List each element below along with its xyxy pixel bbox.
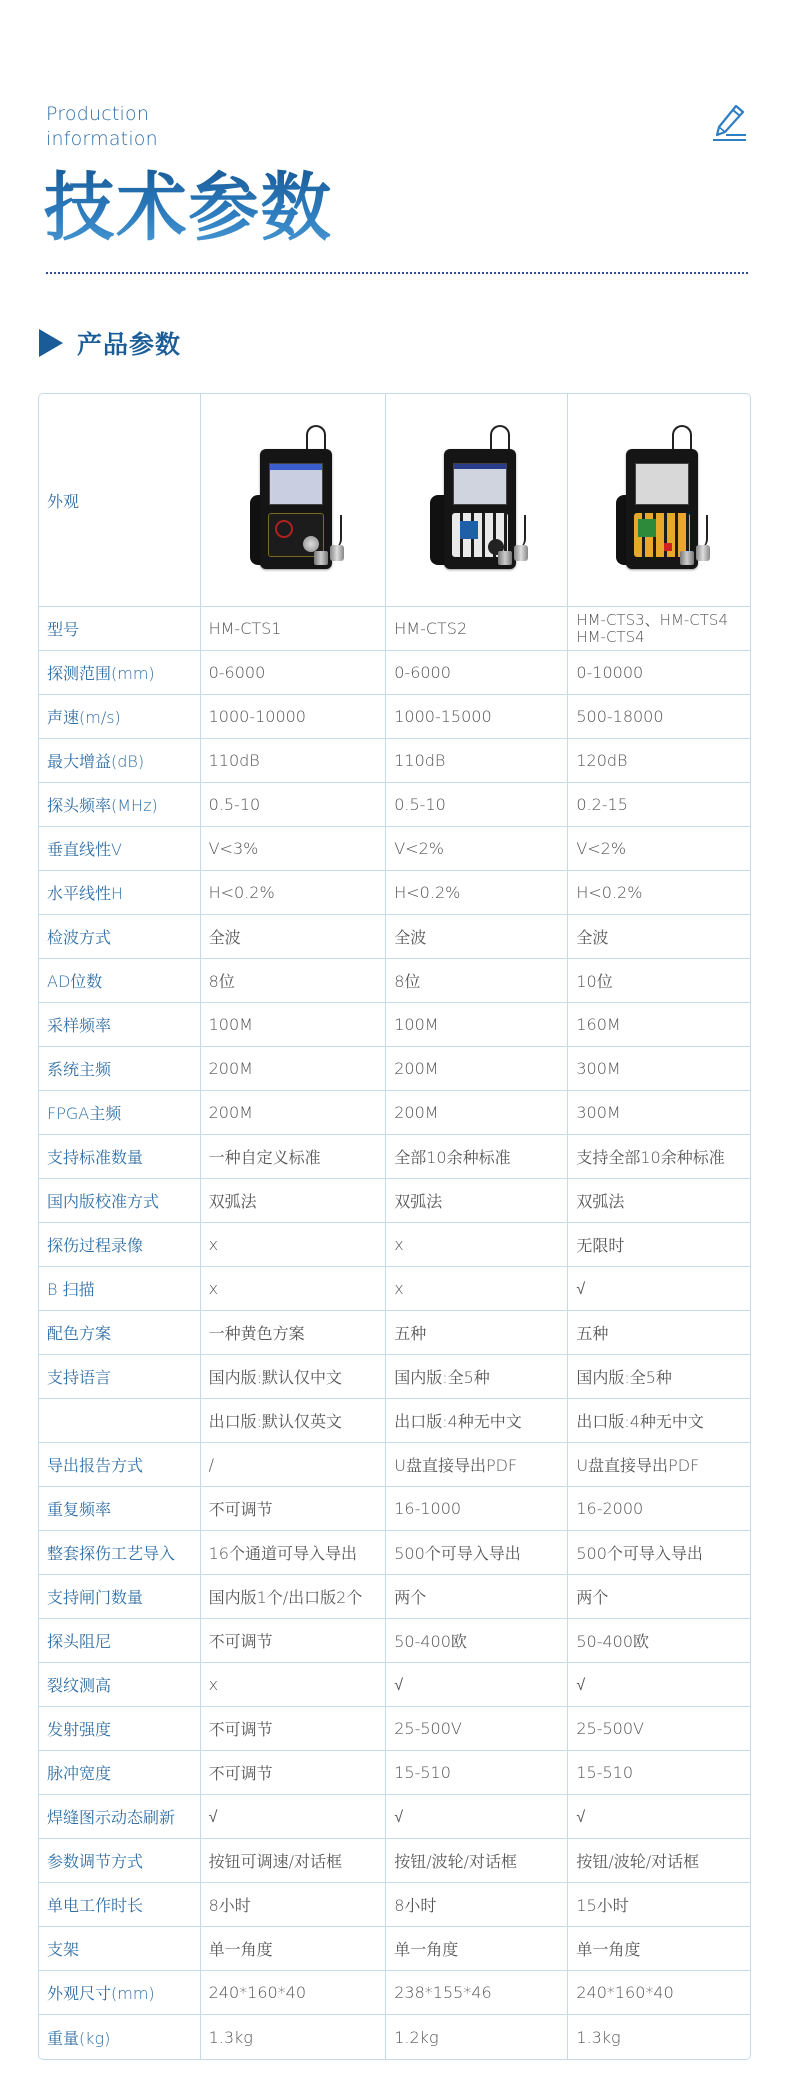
cell-value: x — [201, 1223, 387, 1267]
cell-value: 15-510 — [568, 1751, 750, 1795]
row-label: 外观尺寸(mm) — [39, 1971, 201, 2015]
cell-value: 单一角度 — [568, 1927, 750, 1971]
cell-value: 国内版:默认仅中文 — [201, 1355, 387, 1399]
row-label: 声速(m/s) — [39, 695, 201, 739]
cell-value: 16-2000 — [568, 1487, 750, 1531]
cell-value: 8位 — [386, 959, 568, 1003]
cell-value: 一种黄色方案 — [201, 1311, 387, 1355]
cell-value: 国内版:全5种 — [386, 1355, 568, 1399]
table-row-appearance: 外观 — [39, 394, 750, 607]
table-row: AD位数8位8位10位 — [39, 959, 750, 1003]
cell-value: 0-10000 — [568, 651, 750, 695]
spec-table: 外观 — [38, 393, 751, 2060]
section-heading: 产品参数 — [39, 328, 181, 358]
cell-value: 238*155*46 — [386, 1971, 568, 2015]
table-row: 发射强度不可调节25-500V25-500V — [39, 1707, 750, 1751]
cell-value: 出口版:4种无中文 — [386, 1399, 568, 1443]
dotted-divider — [46, 272, 748, 274]
cell-value: V<2% — [568, 827, 750, 871]
cell-value: √ — [386, 1663, 568, 1707]
table-row: 探伤过程录像xx无限时 — [39, 1223, 750, 1267]
row-label: 焊缝图示动态刷新 — [39, 1795, 201, 1839]
cell-value: 双弧法 — [568, 1179, 750, 1223]
row-label: 探测范围(mm) — [39, 651, 201, 695]
table-row: 单电工作时长8小时8小时15小时 — [39, 1883, 750, 1927]
row-label: 脉冲宽度 — [39, 1751, 201, 1795]
row-label: 系统主频 — [39, 1047, 201, 1091]
section-subtitle: Production information — [46, 102, 158, 152]
cell-value: HM-CTS2 — [386, 607, 568, 651]
cell-value: H<0.2% — [201, 871, 387, 915]
cell-value: 1000-10000 — [201, 695, 387, 739]
table-row: FPGA主频200M200M300M — [39, 1091, 750, 1135]
cell-value: / — [201, 1443, 387, 1487]
cell-value: √ — [201, 1795, 387, 1839]
table-row: 支架单一角度单一角度单一角度 — [39, 1927, 750, 1971]
cell-value: H<0.2% — [568, 871, 750, 915]
table-row: 系统主频200M200M300M — [39, 1047, 750, 1091]
cell-value: 全波 — [201, 915, 387, 959]
table-row: 参数调节方式按钮可调速/对话框按钮/波轮/对话框按钮/波轮/对话框 — [39, 1839, 750, 1883]
row-label: 导出报告方式 — [39, 1443, 201, 1487]
cell-value: 国内版:全5种 — [568, 1355, 750, 1399]
cell-value: 出口版:默认仅英文 — [201, 1399, 387, 1443]
product-image-hm-cts3-cts4 — [604, 425, 714, 575]
row-label: 重复频率 — [39, 1487, 201, 1531]
table-row: 重量(kg)1.3kg1.2kg1.3kg — [39, 2015, 750, 2059]
cell-value: 一种自定义标准 — [201, 1135, 387, 1179]
cell-value: 两个 — [386, 1575, 568, 1619]
cell-value: 按钮/波轮/对话框 — [568, 1839, 750, 1883]
cell-value: 支持全部10余种标准 — [568, 1135, 750, 1179]
row-label: 外观 — [39, 394, 201, 607]
row-label — [39, 1399, 201, 1443]
row-label: 裂纹测高 — [39, 1663, 201, 1707]
table-row: 支持标准数量一种自定义标准全部10余种标准支持全部10余种标准 — [39, 1135, 750, 1179]
cell-value: HM-CTS1 — [201, 607, 387, 651]
cell-value: 200M — [201, 1047, 387, 1091]
cell-value: 0-6000 — [201, 651, 387, 695]
row-label: B 扫描 — [39, 1267, 201, 1311]
row-label: 参数调节方式 — [39, 1839, 201, 1883]
row-label: 重量(kg) — [39, 2015, 201, 2059]
table-row: 整套探伤工艺导入16个通道可导入导出500个可导入导出500个可导入导出 — [39, 1531, 750, 1575]
cell-value: x — [386, 1267, 568, 1311]
table-row: 配色方案一种黄色方案五种五种 — [39, 1311, 750, 1355]
cell-value: 国内版1个/出口版2个 — [201, 1575, 387, 1619]
product-image-cell — [201, 394, 387, 607]
cell-value: U盘直接导出PDF — [386, 1443, 568, 1487]
table-row: 重复频率不可调节16-100016-2000 — [39, 1487, 750, 1531]
cell-value: 双弧法 — [201, 1179, 387, 1223]
cell-value: 25-500V — [386, 1707, 568, 1751]
cell-value: V<3% — [201, 827, 387, 871]
cell-value: 500个可导入导出 — [568, 1531, 750, 1575]
cell-value: 0-6000 — [386, 651, 568, 695]
cell-value: x — [201, 1267, 387, 1311]
cell-value: 16-1000 — [386, 1487, 568, 1531]
cell-value: 110dB — [201, 739, 387, 783]
cell-value: 1.3kg — [201, 2015, 387, 2059]
cell-value: 两个 — [568, 1575, 750, 1619]
table-row: 探头阻尼不可调节50-400欧50-400欧 — [39, 1619, 750, 1663]
table-row: 声速(m/s)1000-100001000-15000500-18000 — [39, 695, 750, 739]
product-image-hm-cts1 — [238, 425, 348, 575]
row-label: 整套探伤工艺导入 — [39, 1531, 201, 1575]
cell-value: 8小时 — [201, 1883, 387, 1927]
cell-value: 全波 — [568, 915, 750, 959]
cell-value: 全部10余种标准 — [386, 1135, 568, 1179]
product-image-cell — [386, 394, 568, 607]
pencil-edit-icon — [712, 103, 748, 143]
cell-value: 单一角度 — [386, 1927, 568, 1971]
model-line-1: HM-CTS3、HM-CTS4 — [576, 612, 742, 629]
cell-value: 120dB — [568, 739, 750, 783]
cell-value: x — [386, 1223, 568, 1267]
cell-value: 100M — [201, 1003, 387, 1047]
cell-value: U盘直接导出PDF — [568, 1443, 750, 1487]
row-label: 支架 — [39, 1927, 201, 1971]
row-label: 国内版校准方式 — [39, 1179, 201, 1223]
cell-value: 15小时 — [568, 1883, 750, 1927]
cell-value: x — [201, 1663, 387, 1707]
cell-value: √ — [568, 1795, 750, 1839]
table-row: 探头频率(MHz)0.5-100.5-100.2-15 — [39, 783, 750, 827]
row-label: 支持闸门数量 — [39, 1575, 201, 1619]
cell-value: 1000-15000 — [386, 695, 568, 739]
cell-value: 全波 — [386, 915, 568, 959]
row-label: 采样频率 — [39, 1003, 201, 1047]
cell-value: 100M — [386, 1003, 568, 1047]
cell-value: 0.5-10 — [201, 783, 387, 827]
cell-value: 240*160*40 — [201, 1971, 387, 2015]
subtitle-line-1: Production — [46, 102, 158, 127]
cell-value: V<2% — [386, 827, 568, 871]
product-image-cell — [568, 394, 750, 607]
cell-value: 200M — [386, 1047, 568, 1091]
cell-value: 不可调节 — [201, 1487, 387, 1531]
cell-value: 200M — [201, 1091, 387, 1135]
table-row: 出口版:默认仅英文出口版:4种无中文出口版:4种无中文 — [39, 1399, 750, 1443]
cell-value: 无限时 — [568, 1223, 750, 1267]
row-label: 配色方案 — [39, 1311, 201, 1355]
cell-value: 0.2-15 — [568, 783, 750, 827]
cell-value: 1.2kg — [386, 2015, 568, 2059]
row-label: 最大增益(dB) — [39, 739, 201, 783]
cell-value: √ — [568, 1663, 750, 1707]
cell-value: 不可调节 — [201, 1707, 387, 1751]
cell-value: 不可调节 — [201, 1619, 387, 1663]
cell-value: 双弧法 — [386, 1179, 568, 1223]
table-row: 探测范围(mm)0-60000-60000-10000 — [39, 651, 750, 695]
cell-value: 按钮可调速/对话框 — [201, 1839, 387, 1883]
cell-value: 五种 — [386, 1311, 568, 1355]
product-image-hm-cts2 — [422, 425, 532, 575]
table-row: 支持闸门数量国内版1个/出口版2个两个两个 — [39, 1575, 750, 1619]
row-label: 探头频率(MHz) — [39, 783, 201, 827]
row-label: 支持语言 — [39, 1355, 201, 1399]
cell-value: 160M — [568, 1003, 750, 1047]
table-row: 水平线性HH<0.2%H<0.2%H<0.2% — [39, 871, 750, 915]
cell-value: 单一角度 — [201, 1927, 387, 1971]
cell-value: 16个通道可导入导出 — [201, 1531, 387, 1575]
cell-value: 10位 — [568, 959, 750, 1003]
row-label: 探头阻尼 — [39, 1619, 201, 1663]
cell-value: 110dB — [386, 739, 568, 783]
cell-value: √ — [386, 1795, 568, 1839]
cell-value: 8小时 — [386, 1883, 568, 1927]
cell-value: 500个可导入导出 — [386, 1531, 568, 1575]
cell-value: 25-500V — [568, 1707, 750, 1751]
table-row: 垂直线性VV<3%V<2%V<2% — [39, 827, 750, 871]
cell-value: 五种 — [568, 1311, 750, 1355]
table-row: 支持语言国内版:默认仅中文国内版:全5种国内版:全5种 — [39, 1355, 750, 1399]
table-row: 焊缝图示动态刷新√√√ — [39, 1795, 750, 1839]
cell-value: 300M — [568, 1047, 750, 1091]
row-label: 垂直线性V — [39, 827, 201, 871]
row-label: AD位数 — [39, 959, 201, 1003]
cell-value: 50-400欧 — [386, 1619, 568, 1663]
table-row: 采样频率100M100M160M — [39, 1003, 750, 1047]
table-row: 导出报告方式/U盘直接导出PDFU盘直接导出PDF — [39, 1443, 750, 1487]
cell-value: 50-400欧 — [568, 1619, 750, 1663]
model-line-2: HM-CTS4 — [576, 629, 742, 646]
table-row: 检波方式全波全波全波 — [39, 915, 750, 959]
cell-value: 200M — [386, 1091, 568, 1135]
cell-value: 不可调节 — [201, 1751, 387, 1795]
cell-value: 按钮/波轮/对话框 — [386, 1839, 568, 1883]
table-row: 脉冲宽度不可调节15-51015-510 — [39, 1751, 750, 1795]
triangle-right-icon — [39, 329, 63, 357]
cell-value: 15-510 — [386, 1751, 568, 1795]
cell-value: 出口版:4种无中文 — [568, 1399, 750, 1443]
cell-value: √ — [568, 1267, 750, 1311]
table-row: 外观尺寸(mm)240*160*40238*155*46240*160*40 — [39, 1971, 750, 2015]
cell-value: HM-CTS3、HM-CTS4 HM-CTS4 — [568, 607, 750, 651]
cell-value: 8位 — [201, 959, 387, 1003]
row-label: 单电工作时长 — [39, 1883, 201, 1927]
subtitle-line-2: information — [46, 127, 158, 152]
section-title: 产品参数 — [77, 325, 181, 361]
cell-value: 240*160*40 — [568, 1971, 750, 2015]
table-row: 最大增益(dB)110dB110dB120dB — [39, 739, 750, 783]
row-label: FPGA主频 — [39, 1091, 201, 1135]
row-label: 探伤过程录像 — [39, 1223, 201, 1267]
row-label: 检波方式 — [39, 915, 201, 959]
cell-value: 1.3kg — [568, 2015, 750, 2059]
row-label: 发射强度 — [39, 1707, 201, 1751]
table-row: 国内版校准方式双弧法双弧法双弧法 — [39, 1179, 750, 1223]
table-row-model: 型号 HM-CTS1 HM-CTS2 HM-CTS3、HM-CTS4 HM-CT… — [39, 607, 750, 651]
cell-value: 500-18000 — [568, 695, 750, 739]
cell-value: 300M — [568, 1091, 750, 1135]
table-row: B 扫描xx√ — [39, 1267, 750, 1311]
table-row: 裂纹测高x√√ — [39, 1663, 750, 1707]
page-title: 技术参数 — [44, 168, 333, 248]
row-label: 支持标准数量 — [39, 1135, 201, 1179]
row-label: 水平线性H — [39, 871, 201, 915]
cell-value: 0.5-10 — [386, 783, 568, 827]
cell-value: H<0.2% — [386, 871, 568, 915]
row-label: 型号 — [39, 607, 201, 651]
